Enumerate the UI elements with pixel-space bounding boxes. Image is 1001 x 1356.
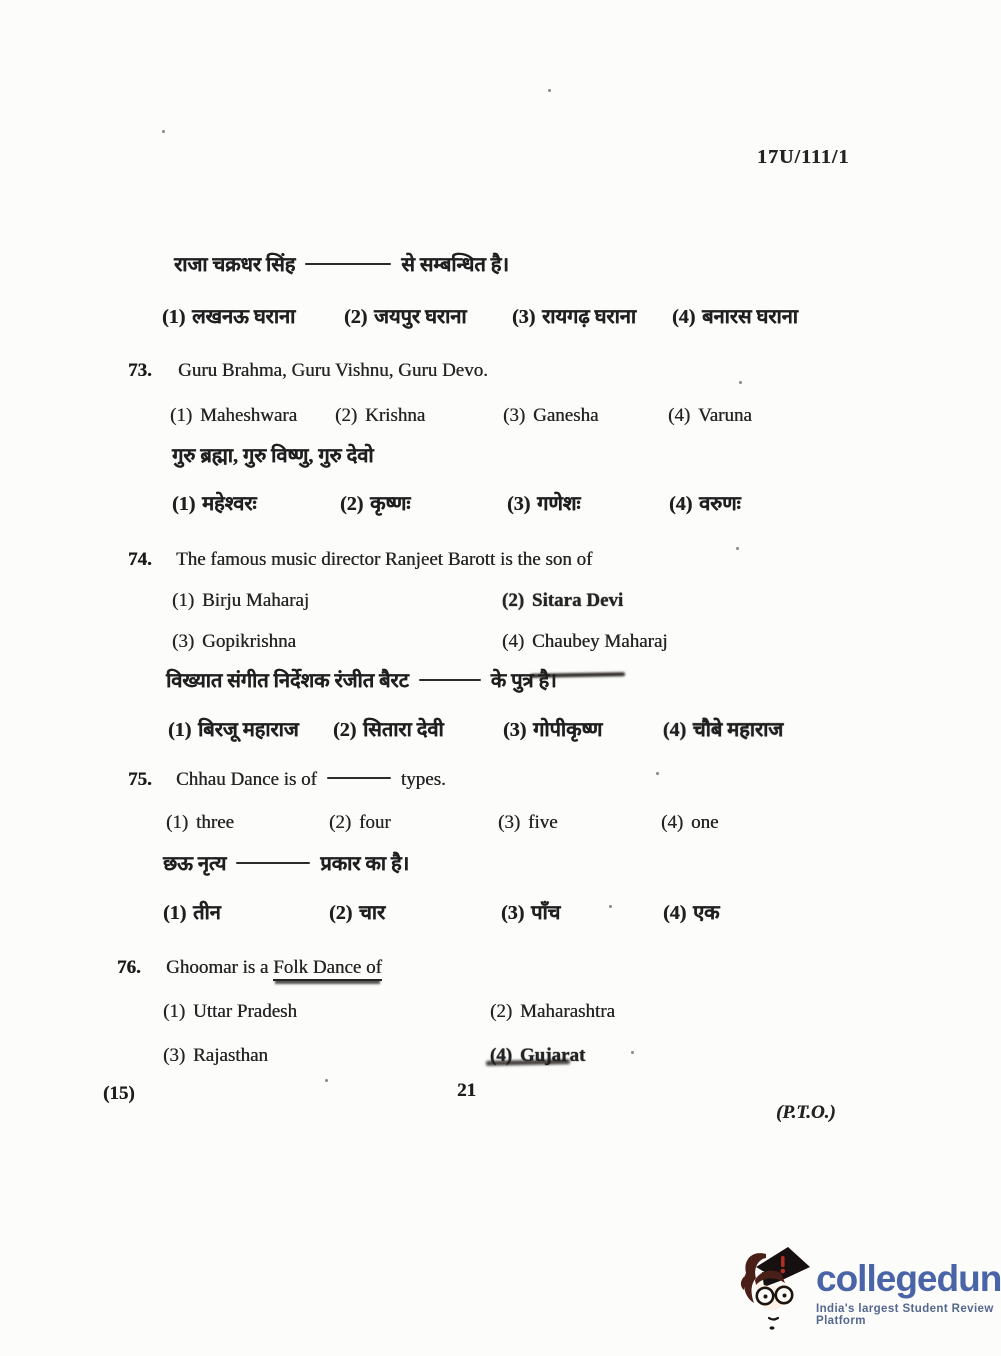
option: (1)महेश्वरः <box>172 489 340 516</box>
question-74-number: 74. <box>128 549 152 571</box>
stem-text: राजा चक्रधर सिंह <box>174 254 295 276</box>
option: (1)Maheshwara <box>170 405 335 427</box>
option-label: (3) <box>507 493 537 516</box>
scan-speck <box>739 381 742 384</box>
option: (2)Maharashtra <box>490 1001 615 1045</box>
option: (1)तीन <box>163 898 329 925</box>
option-label: (1) <box>163 1001 193 1023</box>
option: (4)Gujarat <box>490 1045 615 1089</box>
option: (3)रायगढ़ घराना <box>512 302 672 329</box>
option-text: जयपुर घराना <box>374 306 466 328</box>
option-text: चौबे महाराज <box>693 719 783 741</box>
option-text: Maharashtra <box>520 1001 615 1022</box>
question-73-options-english: (1)Maheshwara (2)Krishna (3)Ganesha (4)V… <box>170 405 752 427</box>
page-number: 21 <box>457 1080 476 1102</box>
blank-line <box>305 263 391 266</box>
option-text: four <box>359 812 391 833</box>
option-label: (4) <box>663 902 693 925</box>
sheet-number: (15) <box>103 1083 135 1105</box>
stem-text: छऊ नृत्य <box>163 853 226 875</box>
option-label: (4) <box>672 306 702 329</box>
option-text: बनारस घराना <box>702 306 798 328</box>
blank-line <box>327 777 391 780</box>
option-label: (4) <box>502 631 532 653</box>
question-75-number: 75. <box>128 769 152 791</box>
option-text: Sitara Devi <box>532 590 623 611</box>
option: (2)Sitara Devi <box>502 590 668 631</box>
brand-name: collegedunia <box>816 1260 1001 1297</box>
option-label: (4) <box>669 493 699 516</box>
option-text: Maheshwara <box>200 405 297 426</box>
question-74-stem-hindi: विख्यात संगीत निर्देशक रंजीत बैरटके पुत्… <box>166 666 557 693</box>
option-text: सितारा देवी <box>363 719 444 741</box>
scan-speck <box>325 1079 328 1082</box>
question-73-number: 73. <box>128 360 152 382</box>
option-label: (1) <box>163 902 193 925</box>
option-text: Krishna <box>365 405 425 426</box>
option-text: Uttar Pradesh <box>193 1001 297 1022</box>
option: (1)Birju Maharaj <box>172 590 502 631</box>
option-label: (2) <box>340 493 370 516</box>
option: (3)पाँच <box>501 898 663 925</box>
question-76-options: (1)Uttar Pradesh (2)Maharashtra (3)Rajas… <box>163 1001 615 1089</box>
option-label: (3) <box>163 1045 193 1067</box>
question-75-options-hindi: (1)तीन (2)चार (3)पाँच (4)एक <box>163 898 719 925</box>
blank-line <box>236 862 310 865</box>
option: (4)चौबे महाराज <box>663 715 783 742</box>
option-label: (1) <box>170 405 200 427</box>
question-75-stem: Chhau Dance is oftypes. <box>176 769 446 791</box>
option-label: (1) <box>166 812 196 834</box>
option-text: लखनऊ घराना <box>192 306 295 328</box>
pto-label: (P.T.O.) <box>776 1102 836 1124</box>
option: (1)three <box>166 812 329 834</box>
stem-text: के पुत्र है। <box>491 670 557 692</box>
scan-speck <box>162 130 165 133</box>
scan-speck <box>609 905 612 908</box>
option-text: पाँच <box>531 902 560 924</box>
option-text: Gujarat <box>520 1045 585 1066</box>
option: (2)कृष्णः <box>340 489 507 516</box>
question-76-number: 76. <box>117 957 141 979</box>
paper-code: 17U/111/1 <box>757 146 849 169</box>
question-74-stem: The famous music director Ranjeet Barott… <box>176 549 592 571</box>
question-73-stem-hindi: गुरु ब्रह्मा, गुरु विष्णु, गुरु देवो <box>172 441 373 468</box>
option: (3)Ganesha <box>503 405 668 427</box>
option: (1)Uttar Pradesh <box>163 1001 490 1045</box>
option-text: वरुणः <box>699 493 741 515</box>
question-74-options-english: (1)Birju Maharaj (2)Sitara Devi (3)Gopik… <box>172 590 668 672</box>
option: (3)five <box>498 812 661 834</box>
option-text: चार <box>359 902 385 924</box>
blank-line <box>419 679 481 682</box>
option-text: गोपीकृष्ण <box>533 719 602 741</box>
question-74-options-hindi: (1)बिरजू महाराज (2)सितारा देवी (3)गोपीकृ… <box>168 715 783 742</box>
scan-speck <box>736 547 739 550</box>
brand-tagline: India's largest Student Review Platform <box>816 1303 1001 1327</box>
option-label: (2) <box>329 902 359 925</box>
option-label: (1) <box>172 590 202 612</box>
option-text: Gopikrishna <box>202 631 296 652</box>
option-label: (3) <box>501 902 531 925</box>
logo-text: collegedunia .com India's largest Studen… <box>816 1260 1001 1327</box>
option-text: Birju Maharaj <box>202 590 309 611</box>
option-label: (3) <box>172 631 202 653</box>
option-label: (4) <box>661 812 691 834</box>
scan-speck <box>548 89 551 92</box>
question-75-options-english: (1)three (2)four (3)five (4)one <box>166 812 718 834</box>
option-label: (1) <box>168 719 198 742</box>
option-label: (2) <box>329 812 359 834</box>
option-label: (2) <box>344 306 374 329</box>
stem-text: Ghoomar is a <box>166 957 273 978</box>
option-text: तीन <box>193 902 221 924</box>
option-text: Ganesha <box>533 405 598 426</box>
question-73-options-hindi: (1)महेश्वरः (2)कृष्णः (3)गणेशः (4)वरुणः <box>172 489 741 516</box>
option-label: (1) <box>162 306 192 329</box>
stem-text: से सम्बन्धित है। <box>401 254 509 276</box>
exam-paper-scan: 17U/111/1 राजा चक्रधर सिंहसे सम्बन्धित ह… <box>0 0 1001 1356</box>
option: (3)गोपीकृष्ण <box>503 715 663 742</box>
option-label: (4) <box>668 405 698 427</box>
stem-text: Chhau Dance is of <box>176 769 317 790</box>
option-label: (3) <box>503 405 533 427</box>
question-75-stem-hindi: छऊ नृत्यप्रकार का है। <box>163 849 409 876</box>
option: (4)one <box>661 812 718 834</box>
option: (2)सितारा देवी <box>333 715 503 742</box>
option-label: (2) <box>335 405 365 427</box>
option-text: कृष्णः <box>370 493 410 515</box>
question-76-stem: Ghoomar is a Folk Dance of <box>166 957 382 979</box>
option-text: Chaubey Maharaj <box>532 631 668 652</box>
option-text: five <box>528 812 558 833</box>
question-72-options: (1)लखनऊ घराना (2)जयपुर घराना (3)रायगढ़ घ… <box>162 302 798 329</box>
option-text: एक <box>693 902 719 924</box>
option-label: (3) <box>503 719 533 742</box>
option-label: (4) <box>663 719 693 742</box>
option: (2)जयपुर घराना <box>344 302 512 329</box>
scan-speck <box>656 772 659 775</box>
option: (4)एक <box>663 898 719 925</box>
option: (2)Krishna <box>335 405 503 427</box>
question-72-stem-hindi: राजा चक्रधर सिंहसे सम्बन्धित है। <box>174 250 509 277</box>
option: (3)गणेशः <box>507 489 669 516</box>
underlined-stem-text: Folk Dance of <box>273 957 382 981</box>
option-text: one <box>691 812 718 833</box>
option-label: (2) <box>333 719 363 742</box>
scan-speck <box>631 1051 634 1054</box>
option-text: महेश्वरः <box>202 493 256 515</box>
option: (1)लखनऊ घराना <box>162 302 344 329</box>
option-label: (2) <box>502 590 532 612</box>
option-label: (1) <box>172 493 202 516</box>
stem-text: विख्यात संगीत निर्देशक रंजीत बैरट <box>166 670 409 692</box>
option-label: (4) <box>490 1045 520 1067</box>
option-text: Rajasthan <box>193 1045 268 1066</box>
option-label: (3) <box>512 306 542 329</box>
option-label: (2) <box>490 1001 520 1023</box>
option-text: गणेशः <box>537 493 580 515</box>
collegedunia-mascot-icon <box>736 1240 812 1337</box>
option: (1)बिरजू महाराज <box>168 715 333 742</box>
option-label: (3) <box>498 812 528 834</box>
stem-text: types. <box>401 769 446 790</box>
option-text: रायगढ़ घराना <box>542 306 636 328</box>
stem-text: प्रकार का है। <box>320 853 409 875</box>
option: (4)वरुणः <box>669 489 741 516</box>
option-text: Varuna <box>698 405 752 426</box>
option: (3)Rajasthan <box>163 1045 490 1089</box>
option-text: three <box>196 812 234 833</box>
option: (2)चार <box>329 898 501 925</box>
question-73-stem: Guru Brahma, Guru Vishnu, Guru Devo. <box>178 360 488 382</box>
collegedunia-logo: collegedunia .com India's largest Studen… <box>736 1240 1001 1337</box>
option-text: बिरजू महाराज <box>198 719 299 741</box>
option: (4)Varuna <box>668 405 752 427</box>
option: (2)four <box>329 812 498 834</box>
option: (4)बनारस घराना <box>672 302 798 329</box>
